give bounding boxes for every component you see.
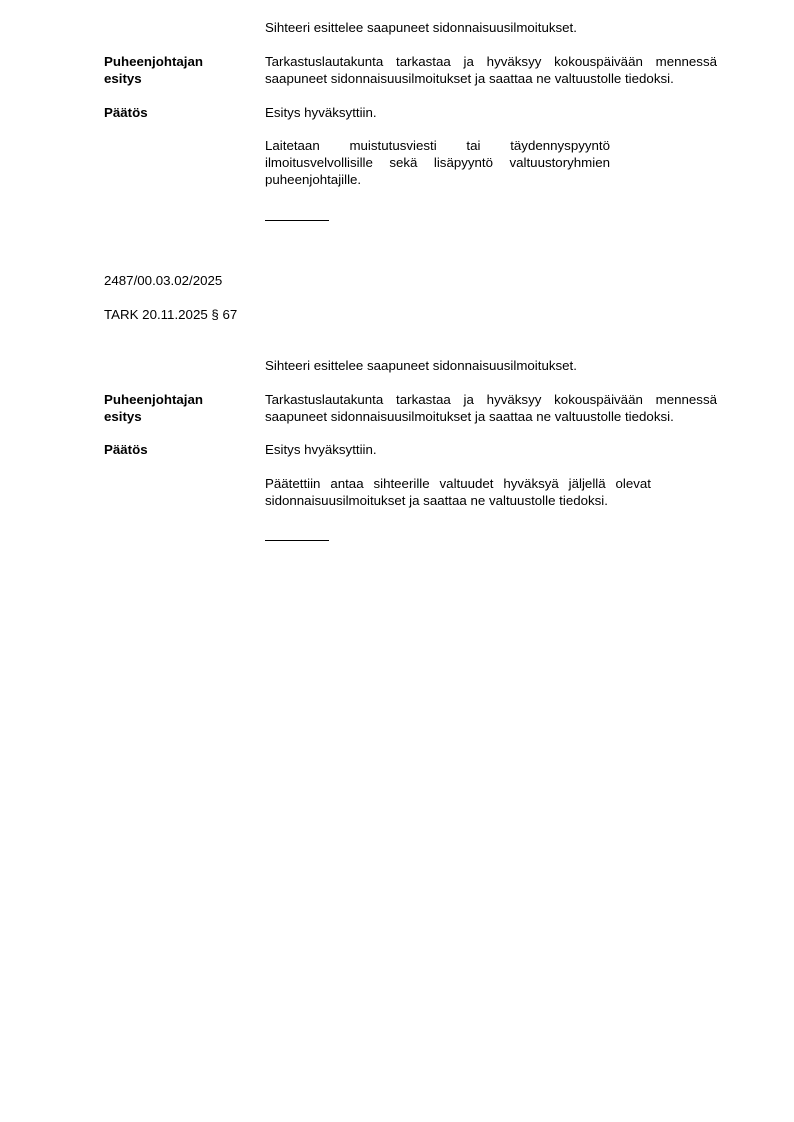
section-2-decision-label: Päätös <box>104 441 254 458</box>
section-1-decision-note: Laitetaan muistutusviesti tai täydennysp… <box>265 137 610 188</box>
section-2-proposal-label: Puheenjohtajan esitys <box>104 391 254 425</box>
meeting-reference: TARK 20.11.2025 § 67 <box>104 306 237 323</box>
proposal-label-line1: Puheenjohtajan <box>104 391 254 408</box>
record-number: 2487/00.03.02/2025 <box>104 272 222 289</box>
section-2-proposal-text: Tarkastuslautakunta tarkastaa ja hyväksy… <box>265 391 717 425</box>
section-1-end-rule <box>265 220 329 221</box>
proposal-label-line1: Puheenjohtajan <box>104 53 254 70</box>
section-1-proposal-text: Tarkastuslautakunta tarkastaa ja hyväksy… <box>265 53 717 87</box>
section-1-intro: Sihteeri esittelee saapuneet sidonnaisuu… <box>265 19 577 36</box>
section-1-decision-label: Päätös <box>104 104 254 121</box>
section-1-proposal-label: Puheenjohtajan esitys <box>104 53 254 87</box>
section-2-end-rule <box>265 540 329 541</box>
section-2-decision-note: Päätettiin antaa sihteerille valtuudet h… <box>265 475 651 509</box>
proposal-label-line2: esitys <box>104 408 254 425</box>
section-2-decision-text: Esitys hvyäksyttiin. <box>265 441 717 458</box>
section-2-intro: Sihteeri esittelee saapuneet sidonnaisuu… <box>265 357 577 374</box>
proposal-label-line2: esitys <box>104 70 254 87</box>
section-1-decision-text: Esitys hyväksyttiin. <box>265 104 717 121</box>
